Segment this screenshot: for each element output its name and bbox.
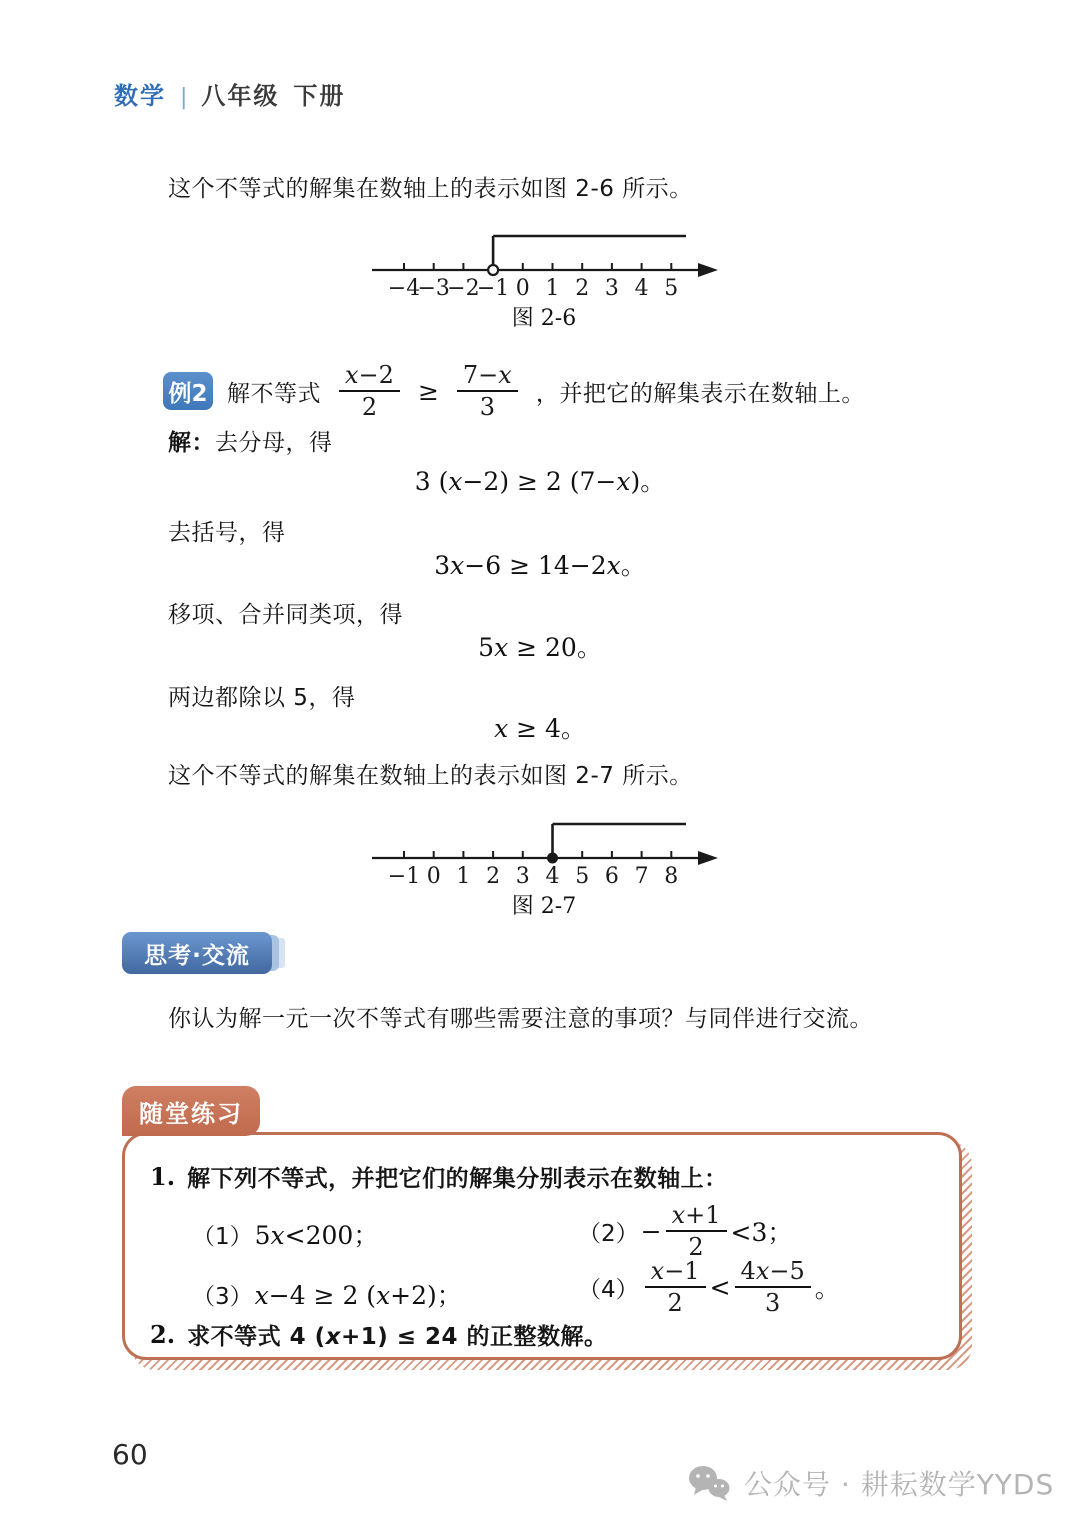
- svg-text:−1: −1: [388, 864, 420, 889]
- item-2-tail: <3；: [731, 1213, 793, 1249]
- svg-text:5: 5: [664, 276, 678, 301]
- geq-sign: ≥: [418, 377, 439, 406]
- svg-text:0: 0: [516, 276, 530, 301]
- svg-text:−3: −3: [417, 276, 449, 301]
- question-2-number: 2.: [150, 1320, 175, 1349]
- svg-text:2: 2: [486, 864, 500, 889]
- header-grade: 八年级: [201, 76, 279, 111]
- svg-text:8: 8: [664, 864, 678, 889]
- figure-2-6-caption: 图 2-6: [368, 301, 720, 332]
- fraction-x-minus-1-over-2: x−1 2: [645, 1258, 706, 1317]
- svg-text:1: 1: [456, 864, 470, 889]
- svg-text:3: 3: [605, 276, 619, 301]
- svg-text:5: 5: [575, 864, 589, 889]
- svg-text:0: 0: [427, 864, 441, 889]
- solution-label: 解：: [168, 430, 215, 456]
- solution-step-3: 移项、合并同类项，得: [168, 596, 403, 629]
- item-1: （1） 5x<200；: [192, 1216, 378, 1252]
- equation-1: 3 (x−2) ≥ 2 (7−x)。: [0, 462, 1080, 498]
- think-exchange-text: 你认为解一元一次不等式有哪些需要注意的事项？与同伴进行交流。: [168, 1000, 873, 1033]
- textbook-page: 数学 | 八年级 下册 这个不等式的解集在数轴上的表示如图 2-6 所示。 −4…: [0, 0, 1080, 1527]
- svg-text:−2: −2: [447, 276, 479, 301]
- example-prefix: 解不等式: [227, 375, 321, 408]
- svg-text:4: 4: [546, 864, 560, 889]
- example-suffix: ，并把它的解集表示在数轴上。: [536, 375, 865, 408]
- question-1-text: 解下列不等式，并把它们的解集分别表示在数轴上：: [187, 1160, 728, 1193]
- example-2-badge: 例2: [163, 372, 213, 410]
- svg-text:4: 4: [635, 276, 649, 301]
- svg-text:−1: −1: [477, 276, 509, 301]
- question-1: 1. 解下列不等式，并把它们的解集分别表示在数轴上：: [150, 1160, 728, 1193]
- svg-text:6: 6: [605, 864, 619, 889]
- question-2-text: 求不等式 4 (x+1) ≤ 24 的正整数解。: [187, 1318, 607, 1351]
- equation-3: 5x ≥ 20。: [0, 628, 1080, 664]
- wechat-icon: [686, 1464, 732, 1502]
- item-1-math: 5x<200；: [255, 1216, 379, 1252]
- minus-sign: −: [641, 1217, 662, 1246]
- svg-text:3: 3: [516, 864, 530, 889]
- watermark: 公众号 · 耕耘数学YYDS: [686, 1463, 1054, 1503]
- think-exchange-badge: 思考·交流: [122, 932, 272, 974]
- page-number: 60: [112, 1438, 148, 1471]
- solution-step-2: 去括号，得: [168, 514, 286, 547]
- practice-badge: 随堂练习: [122, 1086, 260, 1136]
- solution-step-4: 两边都除以 5，得: [168, 679, 355, 712]
- fraction-7-x-over-3: 7−x 3: [457, 362, 518, 421]
- question-1-number: 1.: [150, 1162, 175, 1191]
- item-3: （3） x−4 ≥ 2 (x+2)；: [192, 1276, 462, 1312]
- fraction-4x-minus-5-over-3: 4x−5 3: [735, 1258, 811, 1317]
- header-subject: 数学: [114, 76, 166, 111]
- svg-text:2: 2: [575, 276, 589, 301]
- equation-4: x ≥ 4。: [0, 709, 1080, 745]
- example-2-row: 例2 解不等式 x−2 2 ≥ 7−x 3 ，并把它的解集表示在数轴上。: [163, 362, 865, 421]
- item-4: （4） x−1 2 < 4x−5 3 。: [578, 1258, 840, 1317]
- svg-text:1: 1: [546, 276, 560, 301]
- fraction-x-2-over-2: x−2 2: [339, 362, 400, 421]
- item-4-tail: 。: [815, 1269, 840, 1305]
- question-2: 2. 求不等式 4 (x+1) ≤ 24 的正整数解。: [150, 1318, 608, 1351]
- svg-text:−4: −4: [388, 276, 420, 301]
- header-volume: 下册: [293, 76, 345, 111]
- conclusion-sentence: 这个不等式的解集在数轴上的表示如图 2-7 所示。: [168, 757, 693, 790]
- item-3-math: x−4 ≥ 2 (x+2)；: [255, 1276, 462, 1312]
- item-2: （2） − x+1 2 <3；: [578, 1202, 792, 1261]
- number-line-figure-2-6: −4−3−2−1012345: [368, 224, 720, 308]
- watermark-text: 公众号 · 耕耘数学YYDS: [744, 1463, 1054, 1503]
- solution-step-1: 解：去分母，得: [168, 424, 333, 457]
- intro-sentence: 这个不等式的解集在数轴上的表示如图 2-6 所示。: [168, 170, 693, 203]
- fraction-x-plus-1-over-2: x+1 2: [666, 1202, 727, 1261]
- less-than-sign: <: [710, 1273, 731, 1302]
- equation-2: 3x−6 ≥ 14−2x。: [0, 546, 1080, 582]
- page-header: 数学 | 八年级 下册: [114, 76, 345, 111]
- svg-text:7: 7: [635, 864, 649, 889]
- header-divider: |: [180, 85, 187, 110]
- number-line-figure-2-7: −1012345678: [368, 812, 720, 896]
- figure-2-7-caption: 图 2-7: [368, 889, 720, 920]
